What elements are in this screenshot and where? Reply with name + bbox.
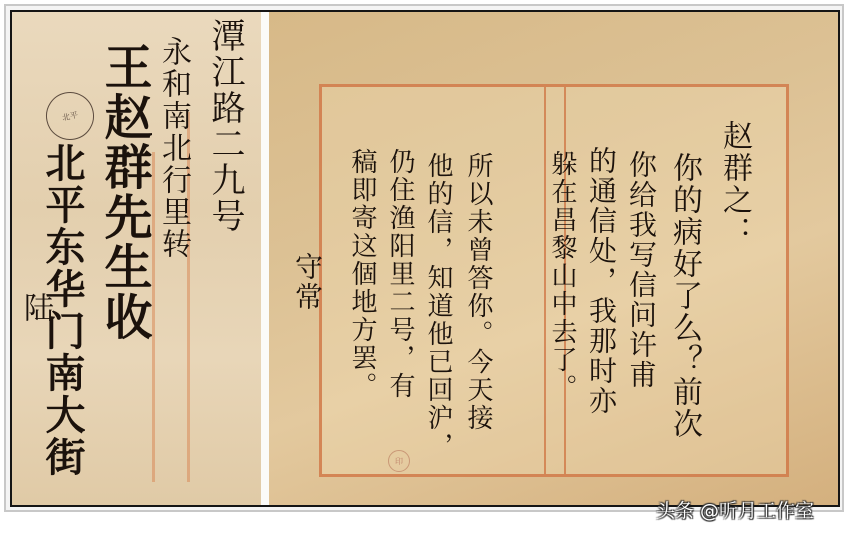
letter-fold-line [544,87,546,474]
letter-salutation: 赵群之： [719,120,749,248]
seal-stamp-icon: 印 [388,450,410,472]
watermark-text: 头条 @听月工作室 [656,496,814,523]
letter-line-7: 仍住渔阳里二号，有 [387,148,413,400]
envelope-image: 北平 潭江路二九号 永和南北行里转 王赵群先生收 北平东华门南大街 陆 [12,12,261,505]
letter-image: 印 赵群之： 你的病好了么？前次 你给我写信问许甫 的通信处，我那时亦 躲在昌黎… [269,12,838,505]
envelope-address-line-1: 潭江路二九号 [208,18,242,234]
letter-line-4: 躲在昌黎山中去了。 [549,150,575,402]
letter-line-5: 所以未曾答你。今天接 [465,152,491,432]
postmark-icon: 北平 [42,88,99,145]
letter-line-1: 你的病好了么？前次 [669,152,699,440]
envelope-red-rule [152,152,155,482]
letter-line-2: 你给我写信问许甫 [627,150,655,390]
letter-line-3: 的通信处，我那时亦 [587,146,615,416]
letter-line-8: 稿即寄这個地方罢。 [349,148,375,400]
envelope-address-line-2: 永和南北行里转 [158,36,188,260]
letter-line-6: 他的信，知道他已回沪， [425,152,451,460]
panel-gap [261,12,269,505]
envelope-recipient: 王赵群先生收 [100,42,148,342]
letter-signature: 守常 [293,252,321,312]
envelope-sender-name: 陆 [20,292,50,324]
